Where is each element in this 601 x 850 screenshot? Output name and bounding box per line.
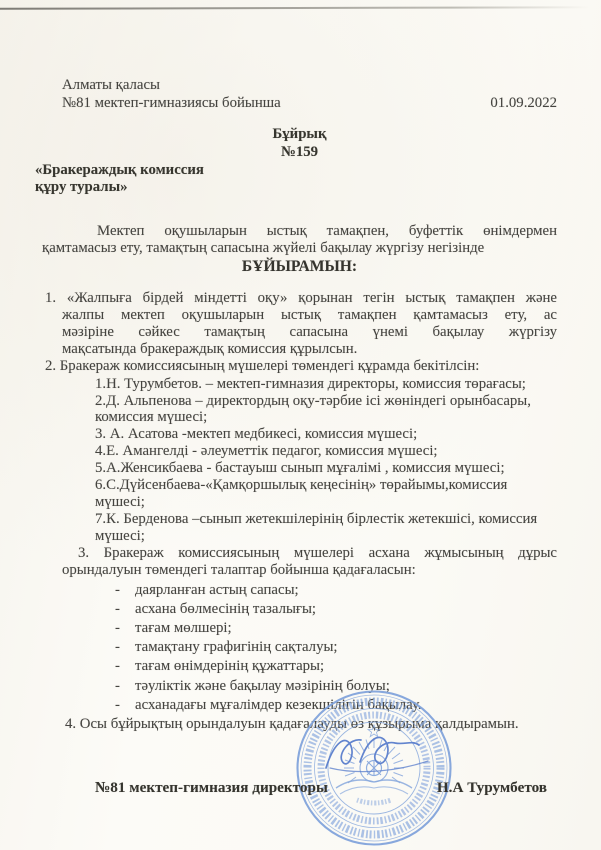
dash-marker: - (115, 658, 135, 675)
order-item-1: 1. «Жалпыға бірдей міндетті оқу» қорынан… (42, 290, 557, 359)
requirement-text: тамақтану графигінің сақталуы; (135, 639, 338, 656)
member-line: 1.Н. Турумбетов. – мектеп-гимназия дирек… (95, 376, 557, 393)
requirement-text: тағам өнімдерінің құжаттары; (135, 658, 324, 675)
member-line: 2.Д. Альпенова – директордың оқу-тәрбие … (95, 393, 557, 427)
order-subject: «Бракераждық комиссия құру туралы» (35, 162, 557, 196)
order-item-3: 3. Бракераж комиссиясының мүшелері асхан… (42, 545, 557, 579)
order-item-1-line: мәзіріне сәйкес тамақтың сапасына үнемі … (62, 324, 557, 341)
preamble-line: қамтамасыз ету, тамақтың сапасына жүйелі… (42, 240, 557, 257)
document-body: Алматы қаласы №81 мектеп-гимназиясы бойы… (0, 0, 601, 796)
member-line: 4.Е. Амангелді - әлеуметтік педагог, ком… (95, 443, 557, 460)
requirement-text: тағам мөлшері; (135, 620, 232, 637)
scanned-document-page: Алматы қаласы №81 мектеп-гимназиясы бойы… (0, 0, 601, 850)
issuer-school: №81 мектеп-гимназиясы бойынша (62, 94, 281, 112)
order-item-2: 2. Бракераж комиссиясының мүшелері төмен… (45, 358, 557, 375)
document-header: Алматы қаласы №81 мектеп-гимназиясы бойы… (62, 76, 557, 112)
requirement-item: -даярланған астың сапасы; (115, 582, 557, 599)
order-item-1-line: 1. «Жалпыға бірдей міндетті оқу» қорынан… (45, 290, 557, 307)
member-line: 3. А. Асатова -мектеп медбикесі, комисси… (95, 426, 557, 443)
order-title-block: Бұйрық №159 (42, 125, 557, 161)
dash-marker: - (115, 678, 135, 695)
issuer-city: Алматы қаласы (62, 76, 281, 94)
dash-marker: - (115, 582, 135, 599)
order-number: №159 (42, 143, 557, 161)
commission-members-list: 1.Н. Турумбетов. – мектеп-гимназия дирек… (95, 376, 557, 545)
requirement-item: -тағам мөлшері; (115, 620, 557, 637)
order-title: Бұйрық (42, 125, 557, 143)
resolution-heading: БҰЙЫРАМЫН: (42, 258, 557, 275)
order-subject-line-2: құру туралы» (35, 179, 557, 196)
signatory-position: №81 мектеп-гимназия директоры (95, 779, 328, 796)
preamble-line: Мектеп оқушыларын ыстық тамақпен, буфетт… (42, 223, 557, 240)
dash-marker: - (115, 697, 135, 714)
order-item-1-line: мақсатында бракераждық комиссия құрылсын… (62, 341, 557, 358)
document-date: 01.09.2022 (490, 94, 557, 112)
order-item-3-line: орындалуын төмендегі талаптар бойынша қа… (62, 562, 557, 579)
requirement-item: -тамақтану графигінің сақталуы; (115, 639, 557, 656)
requirement-item: -тағам өнімдерінің құжаттары; (115, 658, 557, 675)
order-subject-line-1: «Бракераждық комиссия (35, 162, 557, 179)
dash-marker: - (115, 639, 135, 656)
signatory-name: Н.А Турумбетов (437, 779, 547, 796)
member-line: 6.С.Дүйсенбаева-«Қамқоршылық кеңесінің» … (95, 477, 523, 511)
order-item-1-line: жалпы мектеп оқушыларын ыстық тамақпен қ… (62, 307, 557, 324)
preamble: Мектеп оқушыларын ыстық тамақпен, буфетт… (42, 223, 557, 257)
requirement-item: -асхана бөлмесінің тазалығы; (115, 601, 557, 618)
order-item-3-line: 3. Бракераж комиссиясының мүшелері асхан… (62, 545, 557, 562)
issuer-block: Алматы қаласы №81 мектеп-гимназиясы бойы… (62, 76, 281, 112)
member-line: 7.К. Берденова –сынып жетекшілерінің бір… (95, 511, 557, 545)
requirement-text: асхана бөлмесінің тазалығы; (135, 601, 316, 618)
dash-marker: - (115, 620, 135, 637)
requirement-text: даярланған астың сапасы; (135, 582, 299, 599)
handwritten-signature (320, 728, 438, 784)
dash-marker: - (115, 601, 135, 618)
member-line: 5.А.Женсикбаева - бастауыш сынып мұғалім… (95, 460, 557, 477)
